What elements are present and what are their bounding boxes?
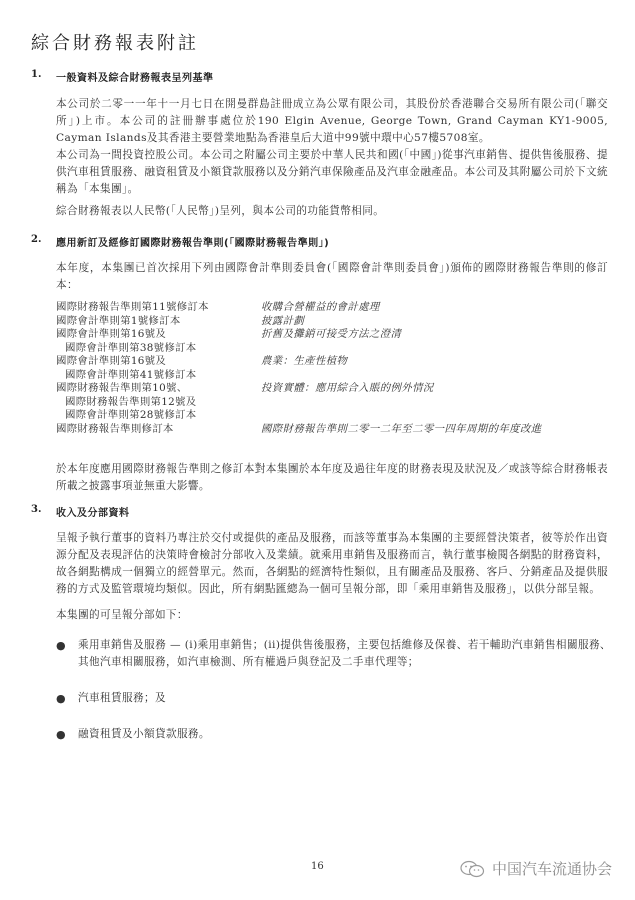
bullet-icon: ● bbox=[56, 637, 78, 671]
section-1-number: 1. bbox=[31, 69, 41, 80]
standard-description: 國際財務報告準則二零一二年至二零一四年周期的年度改進 bbox=[261, 423, 542, 437]
bullet-icon: ● bbox=[56, 726, 78, 743]
watermark: 中国汽车流通协会 bbox=[460, 858, 612, 879]
standards-row: 國際會計準則第1號修訂本 披露計劃 bbox=[56, 315, 616, 329]
standard-name: 國際財務報告準則修訂本 bbox=[56, 423, 174, 435]
list-item-text: 汽車租賃服務；及 bbox=[78, 690, 611, 707]
list-item-text: 融資租賃及小額貸款服務。 bbox=[78, 726, 611, 743]
standards-row: 國際會計準則第16號及 國際會計準則第38號修訂本 折舊及攤銷可接受方法之澄清 bbox=[56, 328, 616, 355]
section-1-heading: 一般資料及綜合財務報表呈列基準 bbox=[56, 69, 214, 84]
watermark-text: 中国汽车流通协会 bbox=[492, 858, 612, 879]
section-2-paragraph-2: 於本年度應用國際財務報告準則之修訂本對本集團於本年度及過往年度的財務表現及狀況及… bbox=[56, 461, 608, 495]
standards-row: 國際會計準則第16號及 國際會計準則第41號修訂本 農業：生產性植物 bbox=[56, 355, 616, 382]
section-3-paragraph-2: 本集團的可呈報分部如下： bbox=[56, 607, 608, 624]
standard-description: 披露計劃 bbox=[261, 315, 304, 329]
section-3-number: 3. bbox=[31, 504, 41, 515]
section-2-paragraph-1: 本年度，本集團已首次採用下列由國際會計準則委員會(「國際會計準則委員會」)頒佈的… bbox=[56, 260, 608, 294]
standard-name: 國際會計準則第1號修訂本 bbox=[56, 315, 181, 327]
standards-row: 國際財務報告準則第10號、 國際財務報告準則第12號及 國際會計準則第28號修訂… bbox=[56, 382, 616, 423]
standard-name: 國際會計準則第16號及 bbox=[56, 328, 166, 340]
standards-row: 國際財務報告準則第11號修訂本 收購合營權益的會計處理 bbox=[56, 301, 616, 315]
standard-description: 投資實體：應用綜合入賬的例外情況 bbox=[261, 382, 434, 423]
standard-name-continued: 國際財務報告準則第12號及 bbox=[56, 396, 261, 410]
section-2-number: 2. bbox=[31, 234, 41, 245]
document-page: 綜合財務報表附註 1. 一般資料及綜合財務報表呈列基準 本公司於二零一一年十一月… bbox=[0, 0, 635, 900]
wechat-icon bbox=[460, 860, 486, 878]
section-3-paragraph-1: 呈報予執行董事的資料乃專注於交付或提供的產品及服務，而該等董事為本集團的主要經營… bbox=[56, 530, 608, 598]
standard-name-continued: 國際會計準則第41號修訂本 bbox=[56, 369, 261, 383]
section-1-paragraph-1: 本公司於二零一一年十一月七日在開曼群島註冊成立為公眾有限公司，其股份於香港聯合交… bbox=[56, 96, 608, 147]
standards-row: 國際財務報告準則修訂本 國際財務報告準則二零一二年至二零一四年周期的年度改進 bbox=[56, 423, 616, 437]
standard-name: 國際會計準則第16號及 bbox=[56, 355, 166, 367]
standard-name: 國際財務報告準則第11號修訂本 bbox=[56, 301, 209, 313]
standards-table: 國際財務報告準則第11號修訂本 收購合營權益的會計處理 國際會計準則第1號修訂本… bbox=[56, 301, 616, 436]
standard-description: 收購合營權益的會計處理 bbox=[261, 301, 380, 315]
standard-name-continued: 國際會計準則第28號修訂本 bbox=[56, 409, 261, 423]
list-item: ● 乘用車銷售及服務 — (i)乘用車銷售；(ii)提供售後服務，主要包括維修及… bbox=[56, 637, 611, 671]
section-3-heading: 收入及分部資料 bbox=[56, 504, 130, 519]
standard-description: 農業：生產性植物 bbox=[261, 355, 347, 382]
segment-list: ● 乘用車銷售及服務 — (i)乘用車銷售；(ii)提供售後服務，主要包括維修及… bbox=[56, 637, 611, 762]
section-2-heading: 應用新訂及經修訂國際財務報告準則(「國際財務報告準則」) bbox=[56, 234, 329, 249]
bullet-icon: ● bbox=[56, 690, 78, 707]
standard-name-continued: 國際會計準則第38號修訂本 bbox=[56, 342, 261, 356]
list-item: ● 融資租賃及小額貸款服務。 bbox=[56, 726, 611, 743]
standard-description: 折舊及攤銷可接受方法之澄清 bbox=[261, 328, 401, 355]
page-title: 綜合財務報表附註 bbox=[31, 29, 199, 55]
section-1-paragraph-3: 綜合財務報表以人民幣(「人民幣」)呈列，與本公司的功能貨幣相同。 bbox=[56, 203, 608, 220]
page-number: 16 bbox=[311, 861, 324, 872]
section-1-paragraph-2: 本公司為一間投資控股公司。本公司之附屬公司主要於中華人民共和國(「中國」)從事汽… bbox=[56, 147, 608, 198]
list-item-text: 乘用車銷售及服務 — (i)乘用車銷售；(ii)提供售後服務，主要包括維修及保養… bbox=[78, 637, 611, 671]
list-item: ● 汽車租賃服務；及 bbox=[56, 690, 611, 707]
standard-name: 國際財務報告準則第10號、 bbox=[56, 382, 187, 394]
